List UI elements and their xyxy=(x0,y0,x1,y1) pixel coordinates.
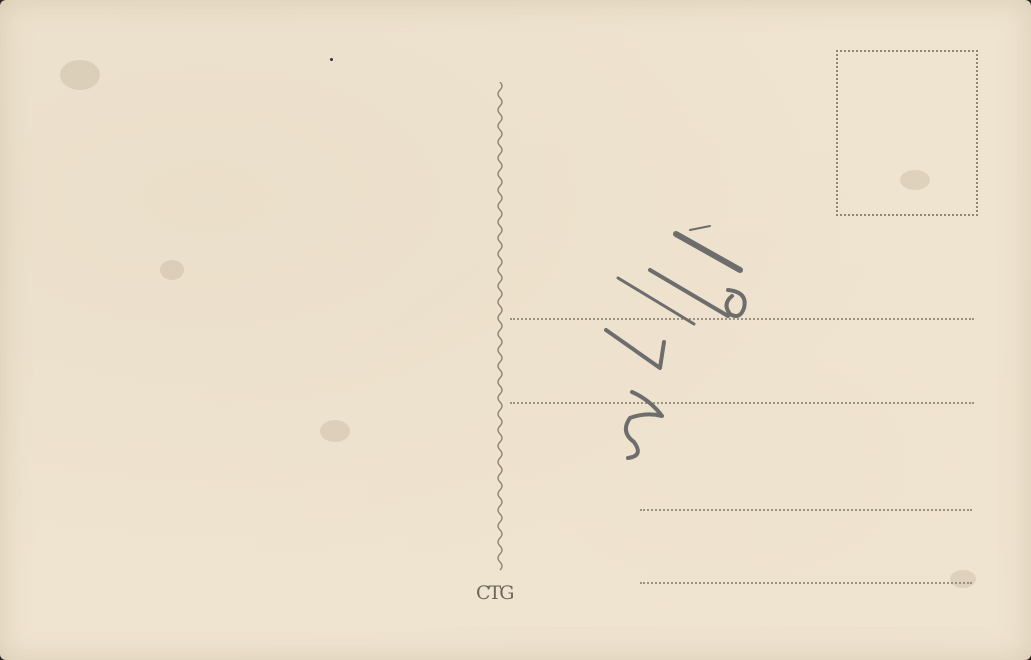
address-line-3 xyxy=(640,509,972,511)
center-divider-wavy-line xyxy=(494,82,506,574)
stamp-placeholder-box xyxy=(836,50,978,216)
paper-speck xyxy=(160,260,184,280)
paper-speck xyxy=(950,570,976,588)
publisher-logo: CTG xyxy=(476,582,512,604)
pencil-handwriting xyxy=(590,220,770,470)
paper-speck xyxy=(330,58,333,61)
postcard-back: CTG xyxy=(0,0,1031,660)
paper-speck xyxy=(60,60,100,90)
paper-speck xyxy=(320,420,350,442)
address-line-4 xyxy=(640,582,972,584)
